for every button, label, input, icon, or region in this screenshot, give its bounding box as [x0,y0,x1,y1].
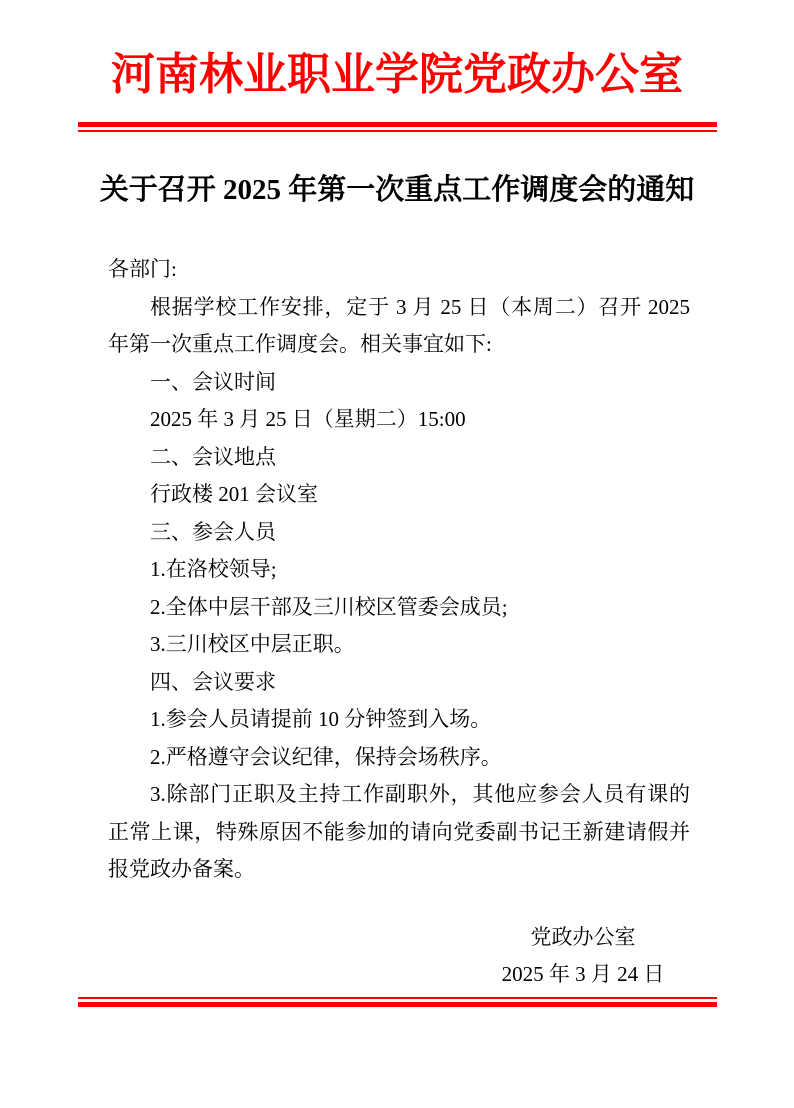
body-heading-requirements: 四、会议要求 [108,664,690,702]
letterhead-rule-thick [78,122,717,127]
letterhead-org-name: 河南林业职业学院党政办公室 [0,48,794,102]
letterhead-rule-thin [78,130,717,132]
salutation: 各部门: [108,251,690,289]
body-attendees-item-1: 1.在洛校领导; [108,551,690,589]
footer-rule-thick [78,1002,717,1007]
signature-signer: 党政办公室 [463,919,703,957]
body-meeting-time-value: 2025 年 3 月 25 日（星期二）15:00 [108,401,690,439]
body-heading-meeting-time: 一、会议时间 [108,364,690,402]
document-page: 河南林业职业学院党政办公室 关于召开 2025 年第一次重点工作调度会的通知 各… [0,0,794,1108]
document-title: 关于召开 2025 年第一次重点工作调度会的通知 [60,170,734,210]
document-body: 各部门: 根据学校工作安排，定于 3 月 25 日（本周二）召开 2025 年第… [108,251,690,889]
signature-block: 党政办公室 2025 年 3 月 24 日 [463,919,703,994]
body-heading-meeting-place: 二、会议地点 [108,439,690,477]
body-paragraph-intro: 根据学校工作安排，定于 3 月 25 日（本周二）召开 2025 年第一次重点工… [108,289,690,364]
body-requirements-item-2: 2.严格遵守会议纪律，保持会场秩序。 [108,739,690,777]
body-requirements-item-1: 1.参会人员请提前 10 分钟签到入场。 [108,701,690,739]
letterhead: 河南林业职业学院党政办公室 [0,0,794,102]
body-attendees-item-3: 3.三川校区中层正职。 [108,626,690,664]
body-attendees-item-2: 2.全体中层干部及三川校区管委会成员; [108,589,690,627]
footer-rule-thin [78,997,717,999]
body-heading-attendees: 三、参会人员 [108,514,690,552]
body-meeting-place-value: 行政楼 201 会议室 [108,476,690,514]
body-requirements-item-3: 3.除部门正职及主持工作副职外，其他应参会人员有课的正常上课，特殊原因不能参加的… [108,776,690,889]
signature-date: 2025 年 3 月 24 日 [463,956,703,994]
